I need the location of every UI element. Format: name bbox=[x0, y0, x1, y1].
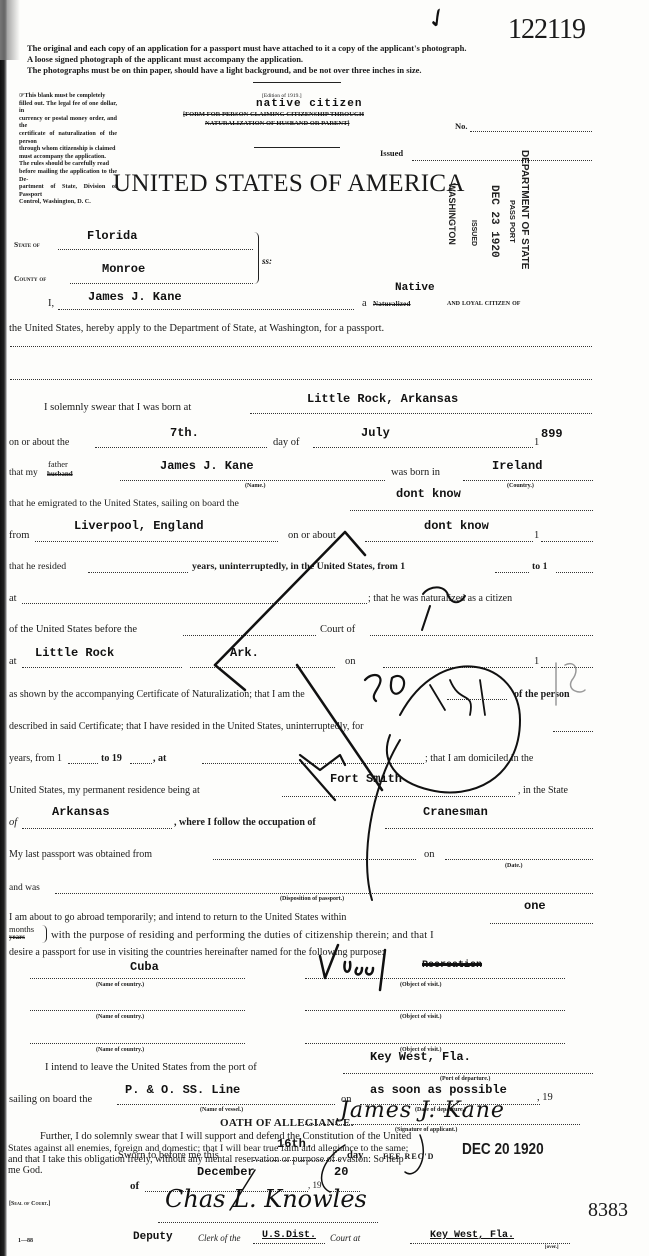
departure-port[interactable]: Key West, Fla. bbox=[370, 1050, 471, 1064]
court-type[interactable]: U.S.Dist. bbox=[262, 1230, 316, 1241]
residence-state[interactable]: Arkansas bbox=[52, 805, 110, 819]
residence-city[interactable]: Fort Smith bbox=[330, 772, 402, 786]
last-passport-label: My last passport was obtained from bbox=[9, 849, 152, 860]
state-label: State of bbox=[14, 240, 40, 249]
emigrated-label: that he emigrated to the United States, … bbox=[9, 498, 239, 509]
issued-label: Issued bbox=[380, 148, 403, 158]
naturalized-struck: Naturalized bbox=[373, 300, 411, 308]
court-place[interactable]: Key West, Fla. bbox=[430, 1230, 514, 1241]
form-code: 1—88 bbox=[18, 1238, 33, 1244]
oath-line-4: me God. bbox=[8, 1165, 42, 1176]
desire-text: desire a passport for use in visiting th… bbox=[9, 947, 384, 958]
fee-received-date: DEC 20 1920 bbox=[462, 1141, 544, 1159]
port-line bbox=[343, 1073, 593, 1074]
stamp-passport: PASS PORT bbox=[508, 200, 517, 243]
country-caption: (Country.) bbox=[507, 483, 534, 489]
years-uninterrupted-label: years, uninterruptedly, in the United St… bbox=[192, 561, 405, 572]
certificate-text: as shown by the accompanying Certificate… bbox=[9, 689, 305, 700]
object-caption-2: (Object of visit.) bbox=[400, 1014, 442, 1020]
oath-line-1: Further, I do solemnly swear that I will… bbox=[40, 1131, 411, 1142]
port-caption: (Port of departure.) bbox=[440, 1076, 490, 1082]
fee-received-label: FEE REC'D bbox=[383, 1152, 434, 1161]
parent-name[interactable]: James J. Kane bbox=[160, 459, 254, 473]
county-value[interactable]: Monroe bbox=[102, 262, 145, 276]
form-line-1: [FORM FOR PERSON CLAIMING CITIZENSHIP TH… bbox=[183, 111, 364, 118]
day-of-label: day of bbox=[273, 437, 300, 448]
document-title: UNITED STATES OF AMERICA bbox=[113, 170, 465, 198]
checkmark: ✓ bbox=[421, 1, 454, 38]
divider bbox=[253, 82, 341, 83]
court-of-label: Court of bbox=[320, 624, 355, 635]
native-typed[interactable]: Native bbox=[395, 282, 435, 294]
state-field-line bbox=[58, 249, 253, 250]
to19-label: to 19 bbox=[101, 753, 122, 764]
resided-label: that he resided bbox=[9, 561, 66, 572]
resided-for-line[interactable] bbox=[553, 731, 593, 732]
from-port-line bbox=[35, 541, 278, 542]
country-caption-3: (Name of country.) bbox=[96, 1047, 144, 1053]
year-prefix: 1 bbox=[534, 437, 539, 448]
country-caption-1: (Name of country.) bbox=[96, 982, 144, 988]
nat-state-line bbox=[190, 667, 335, 668]
stamp-issued: ISSUED bbox=[470, 220, 477, 246]
that-my-label: that my bbox=[9, 468, 38, 478]
relation-husband-struck: husband bbox=[47, 470, 73, 478]
sworn-month[interactable]: December bbox=[197, 1165, 255, 1179]
applicant-signature[interactable]: James J. Kane bbox=[340, 1098, 505, 1123]
emigration-vessel[interactable]: dont know bbox=[396, 487, 461, 501]
from-label: from bbox=[9, 530, 29, 541]
naturalization-state[interactable]: Ark. bbox=[230, 646, 259, 660]
birthplace-line bbox=[250, 413, 592, 414]
apply-text: the United States, hereby apply to the D… bbox=[9, 323, 384, 334]
was-born-in-label: was born in bbox=[391, 467, 440, 478]
on-about-label: on or about the bbox=[9, 437, 69, 448]
resided-at-line[interactable] bbox=[22, 603, 367, 604]
divider-2 bbox=[254, 147, 340, 148]
object-line-1 bbox=[305, 978, 565, 979]
form-line-2: NATURALIZATION OF HUSBAND OR PARENT] bbox=[205, 120, 350, 127]
passport-date-line[interactable] bbox=[445, 859, 593, 860]
clerk-signature[interactable]: Chas L. Knowles bbox=[165, 1185, 367, 1213]
state-value[interactable]: Florida bbox=[87, 229, 137, 243]
application-number: 122119 bbox=[508, 14, 585, 46]
no-field[interactable] bbox=[470, 131, 592, 132]
sworn-day-line bbox=[253, 1160, 341, 1161]
blank-line-1[interactable] bbox=[10, 346, 592, 347]
years-struck: years bbox=[9, 933, 25, 941]
of-label: of bbox=[9, 817, 17, 828]
object-caption-1: (Object of visit.) bbox=[400, 982, 442, 988]
from-port[interactable]: Liverpool, England bbox=[74, 519, 204, 533]
before-court-label: of the United States before the bbox=[9, 624, 137, 635]
residence-city-line bbox=[282, 796, 515, 797]
parent-country[interactable]: Ireland bbox=[492, 459, 542, 473]
stamp-department: DEPARTMENT OF STATE bbox=[519, 150, 530, 269]
date-caption: (Date.) bbox=[505, 863, 523, 869]
country-line-2[interactable] bbox=[30, 1010, 245, 1011]
on-label-2: on bbox=[424, 849, 435, 860]
described-text: described in said Certificate; that I ha… bbox=[9, 721, 364, 732]
over-label: [over.] bbox=[545, 1245, 559, 1250]
court-at-label: Court at bbox=[330, 1233, 360, 1243]
emig-year-line[interactable] bbox=[541, 541, 593, 542]
sworn-label: Sworn to before me this bbox=[118, 1150, 219, 1161]
months-bracket bbox=[42, 925, 47, 943]
departure-date[interactable]: as soon as possible bbox=[370, 1083, 507, 1097]
court-line[interactable] bbox=[183, 635, 316, 636]
seal-label: [Seal of Court.] bbox=[9, 1201, 50, 1207]
photo-notice-2: A loose signed photograph of the applica… bbox=[27, 54, 303, 65]
stamp-washington: WASHINGTON bbox=[447, 183, 457, 245]
blank-line-2[interactable] bbox=[10, 379, 592, 380]
i-label: I, bbox=[48, 298, 54, 309]
parent-country-line bbox=[463, 480, 593, 481]
nat-city-line bbox=[22, 667, 182, 668]
scan-shadow bbox=[0, 0, 20, 60]
stamp-date: DEC 23 1920 bbox=[488, 185, 500, 258]
applicant-name-line bbox=[58, 309, 354, 310]
relation-father: father bbox=[48, 459, 68, 469]
within-value[interactable]: one bbox=[524, 899, 546, 913]
no-label: No. bbox=[455, 121, 468, 131]
month-line bbox=[313, 447, 533, 448]
emigration-date[interactable]: dont know bbox=[424, 519, 489, 533]
country-line-1 bbox=[30, 978, 245, 979]
leave-label: I intend to leave the United States from… bbox=[45, 1062, 257, 1073]
at2-label: at bbox=[9, 656, 17, 667]
vessel-caption: (Name of vessel.) bbox=[200, 1107, 243, 1113]
birth-year[interactable]: 899 bbox=[541, 427, 563, 441]
last-passport-line[interactable] bbox=[213, 859, 416, 860]
oath-heading: OATH OF ALLEGIANCE. bbox=[220, 1117, 354, 1129]
from-year-line[interactable] bbox=[495, 572, 529, 573]
years-from-label: years, from 1 bbox=[9, 753, 62, 764]
sailing-vessel-line bbox=[117, 1104, 335, 1105]
deputy-label: Deputy bbox=[133, 1231, 173, 1243]
years-from-line[interactable] bbox=[68, 763, 98, 764]
signature-line bbox=[305, 1124, 580, 1125]
country-line-3[interactable] bbox=[30, 1043, 245, 1044]
a-label: a bbox=[362, 298, 367, 309]
and-was-label: and was bbox=[9, 883, 40, 893]
resided-at-line-2[interactable] bbox=[202, 763, 424, 764]
ss-label: ss: bbox=[262, 256, 272, 266]
loyal-citizen-label: and loyal citizen of bbox=[447, 298, 520, 307]
permanent-label: United States, my permanent residence be… bbox=[9, 785, 200, 796]
purpose-text: with the purpose of residing and perform… bbox=[51, 930, 434, 941]
country-1[interactable]: Cuba bbox=[130, 960, 159, 974]
in-state-label: , in the State bbox=[518, 785, 568, 796]
sailing-vessel[interactable]: P. & O. SS. Line bbox=[125, 1083, 240, 1097]
day-line bbox=[95, 447, 267, 448]
on-label: on bbox=[345, 656, 356, 667]
photo-notice-1: The original and each copy of an applica… bbox=[27, 43, 467, 54]
residence-state-line bbox=[22, 828, 172, 829]
emig-year-prefix: 1 bbox=[534, 530, 539, 541]
emig-date-line bbox=[365, 541, 533, 542]
to-label: to 1 bbox=[532, 561, 548, 572]
object-line-2[interactable] bbox=[305, 1010, 565, 1011]
occupation-label: , where I follow the occupation of bbox=[174, 817, 316, 828]
side-number: 8383 bbox=[588, 1199, 628, 1222]
abroad-text: I am about to go abroad temporarily; and… bbox=[9, 912, 346, 923]
at-label: at bbox=[9, 593, 17, 604]
object-line-3[interactable] bbox=[305, 1043, 565, 1044]
typed-form-type: native citizen bbox=[256, 98, 362, 110]
of-month-label: of bbox=[130, 1180, 139, 1192]
birth-day[interactable]: 7th. bbox=[170, 426, 199, 440]
county-field-line bbox=[70, 283, 253, 284]
name-caption: (Name.) bbox=[245, 483, 266, 489]
domiciled-label: ; that I am domiciled in the bbox=[425, 753, 533, 764]
nat-date-line[interactable] bbox=[383, 667, 533, 668]
signature-caption: (Signature of applicant.) bbox=[395, 1127, 457, 1133]
court-type-line bbox=[253, 1243, 325, 1244]
photo-notice-3: The photographs must be on thin paper, s… bbox=[27, 65, 422, 76]
sworn-day[interactable]: 16th. bbox=[277, 1137, 313, 1151]
to19-line[interactable] bbox=[130, 763, 152, 764]
applicant-name[interactable]: James J. Kane bbox=[88, 290, 182, 304]
court-of-line[interactable] bbox=[370, 635, 593, 636]
at-label-3: , at bbox=[153, 753, 166, 764]
court-place-line bbox=[410, 1243, 570, 1244]
scan-border bbox=[0, 0, 7, 1256]
to-year-line[interactable] bbox=[556, 572, 593, 573]
resided-years-line[interactable] bbox=[88, 572, 188, 573]
country-caption-2: (Name of country.) bbox=[96, 1014, 144, 1020]
within-line bbox=[490, 923, 593, 924]
clerk-of-label: Clerk of the bbox=[198, 1233, 241, 1243]
day-label: day bbox=[347, 1150, 363, 1161]
sailing-label: sailing on board the bbox=[9, 1094, 92, 1105]
issued-field[interactable] bbox=[412, 160, 592, 161]
relation-line[interactable] bbox=[447, 699, 507, 700]
parent-name-line bbox=[120, 480, 385, 481]
on-about-label-2: on or about bbox=[288, 530, 336, 541]
occupation[interactable]: Cranesman bbox=[423, 805, 488, 819]
departure-year-suffix: , 19 bbox=[537, 1092, 553, 1103]
of-person-label: of the person bbox=[514, 689, 570, 700]
disposition-caption: (Disposition of passport.) bbox=[280, 896, 344, 902]
born-at-label: I solemnly swear that I was born at bbox=[44, 402, 191, 413]
nat-year-prefix: 1 bbox=[534, 656, 539, 667]
disposition-line[interactable] bbox=[55, 893, 593, 894]
nat-year-line[interactable] bbox=[541, 667, 593, 668]
birth-month[interactable]: July bbox=[361, 426, 390, 440]
sworn-year[interactable]: 20 bbox=[334, 1165, 348, 1179]
side-instructions: ☞This blank must be completelyfilled out… bbox=[19, 92, 117, 206]
naturalized-label: ; that he was naturalized as a citizen bbox=[368, 593, 512, 604]
object-struck-1: Recreation bbox=[422, 960, 482, 971]
bracket bbox=[254, 232, 259, 284]
naturalization-city[interactable]: Little Rock bbox=[35, 646, 114, 660]
clerk-signature-line bbox=[158, 1222, 378, 1223]
vessel-line bbox=[350, 510, 593, 511]
birthplace[interactable]: Little Rock, Arkansas bbox=[307, 392, 458, 406]
occupation-line bbox=[385, 828, 593, 829]
county-label: County of bbox=[14, 274, 46, 283]
